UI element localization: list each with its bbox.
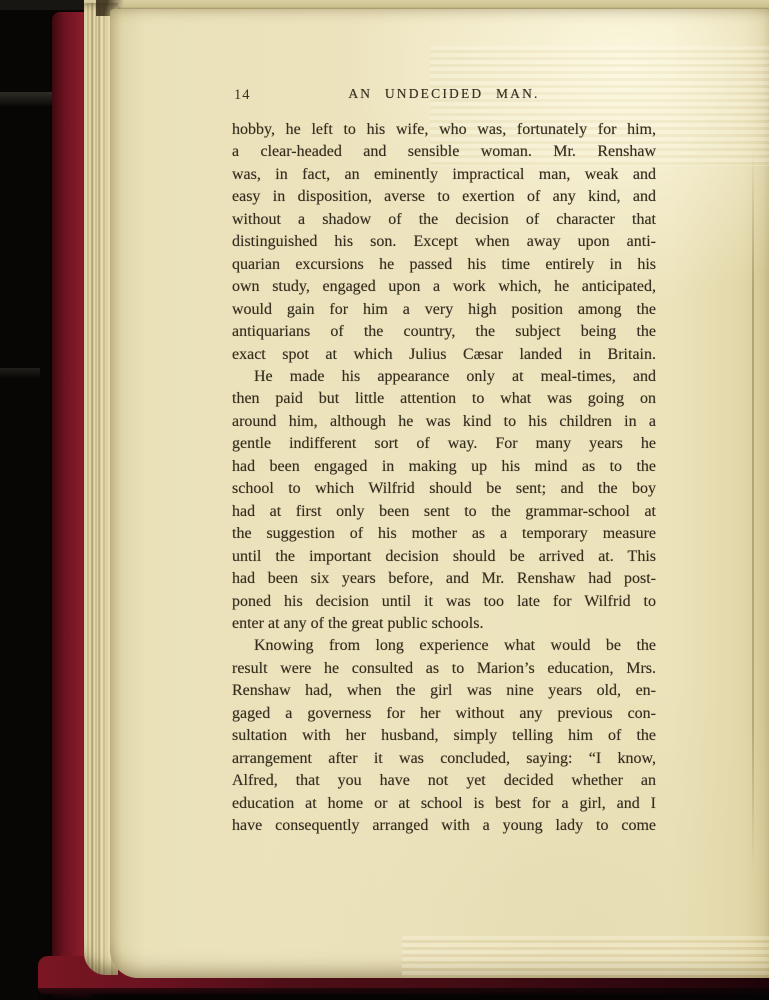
text-line: a clear-headed and sensible woman. Mr. R… xyxy=(232,141,656,163)
text-line: Alfred, that you have not yet decided wh… xyxy=(232,770,656,792)
book-cover-bottom-shadow xyxy=(38,988,769,1000)
text-line: until the important decision should be a… xyxy=(232,546,656,568)
page-crease xyxy=(752,150,754,870)
text-line: hobby, he left to his wife, who was, for… xyxy=(232,119,656,141)
text-line: gaged a governess for her without any pr… xyxy=(232,703,656,725)
text-line: Renshaw had, when the girl was nine year… xyxy=(232,680,656,702)
text-line: school to which Wilfrid should be sent; … xyxy=(232,478,656,500)
paragraph: Knowing from long experience what would … xyxy=(232,635,656,837)
text-line: He made his appearance only at meal-time… xyxy=(232,366,656,388)
text-line: own study, engaged upon a work which, he… xyxy=(232,276,656,298)
text-line: was, in fact, an eminently impractical m… xyxy=(232,164,656,186)
text-line: result were he consulted as to Marion’s … xyxy=(232,658,656,680)
text-line: antiquarians of the country, the subject… xyxy=(232,321,656,343)
running-title: AN UNDECIDED MAN. xyxy=(232,86,656,102)
text-line: Knowing from long experience what would … xyxy=(232,635,656,657)
paragraph: hobby, he left to his wife, who was, for… xyxy=(232,119,656,366)
background-shelf-streak xyxy=(0,368,40,378)
text-line: poned his decision until it was too late… xyxy=(232,591,656,613)
book-photo-scene: 14 AN UNDECIDED MAN. hobby, he left to h… xyxy=(0,0,769,1000)
text-line: the suggestion of his mother as a tempor… xyxy=(232,523,656,545)
text-line: education at home or at school is best f… xyxy=(232,793,656,815)
text-line: had at first only been sent to the gramm… xyxy=(232,501,656,523)
text-block: hobby, he left to his wife, who was, for… xyxy=(232,119,656,838)
text-line: without a shadow of the decision of char… xyxy=(232,209,656,231)
text-line: had been six years before, and Mr. Rensh… xyxy=(232,568,656,590)
text-line: distinguished his son. Except when away … xyxy=(232,231,656,253)
text-line: sultation with her husband, simply telli… xyxy=(232,725,656,747)
paragraph: He made his appearance only at meal-time… xyxy=(232,366,656,635)
text-line: easy in disposition, averse to exertion … xyxy=(232,186,656,208)
text-line: gentle indifferent sort of way. For many… xyxy=(232,433,656,455)
text-line: quarian excursions he passed his time en… xyxy=(232,254,656,276)
page-header: 14 AN UNDECIDED MAN. xyxy=(232,86,656,106)
text-line: then paid but little attention to what w… xyxy=(232,388,656,410)
text-line: arrangement after it was concluded, sayi… xyxy=(232,748,656,770)
printed-content: 14 AN UNDECIDED MAN. hobby, he left to h… xyxy=(232,86,656,838)
page-number: 14 xyxy=(234,87,251,104)
page-edge-banding-bottom xyxy=(402,936,769,978)
text-line: had been engaged in making up his mind a… xyxy=(232,456,656,478)
text-line: exact spot at which Julius Cæsar landed … xyxy=(232,344,656,366)
text-line: enter at any of the great public schools… xyxy=(232,613,656,635)
text-line: have consequently arranged with a young … xyxy=(232,815,656,837)
text-line: around him, although he was kind to his … xyxy=(232,411,656,433)
text-line: would gain for him a very high position … xyxy=(232,299,656,321)
